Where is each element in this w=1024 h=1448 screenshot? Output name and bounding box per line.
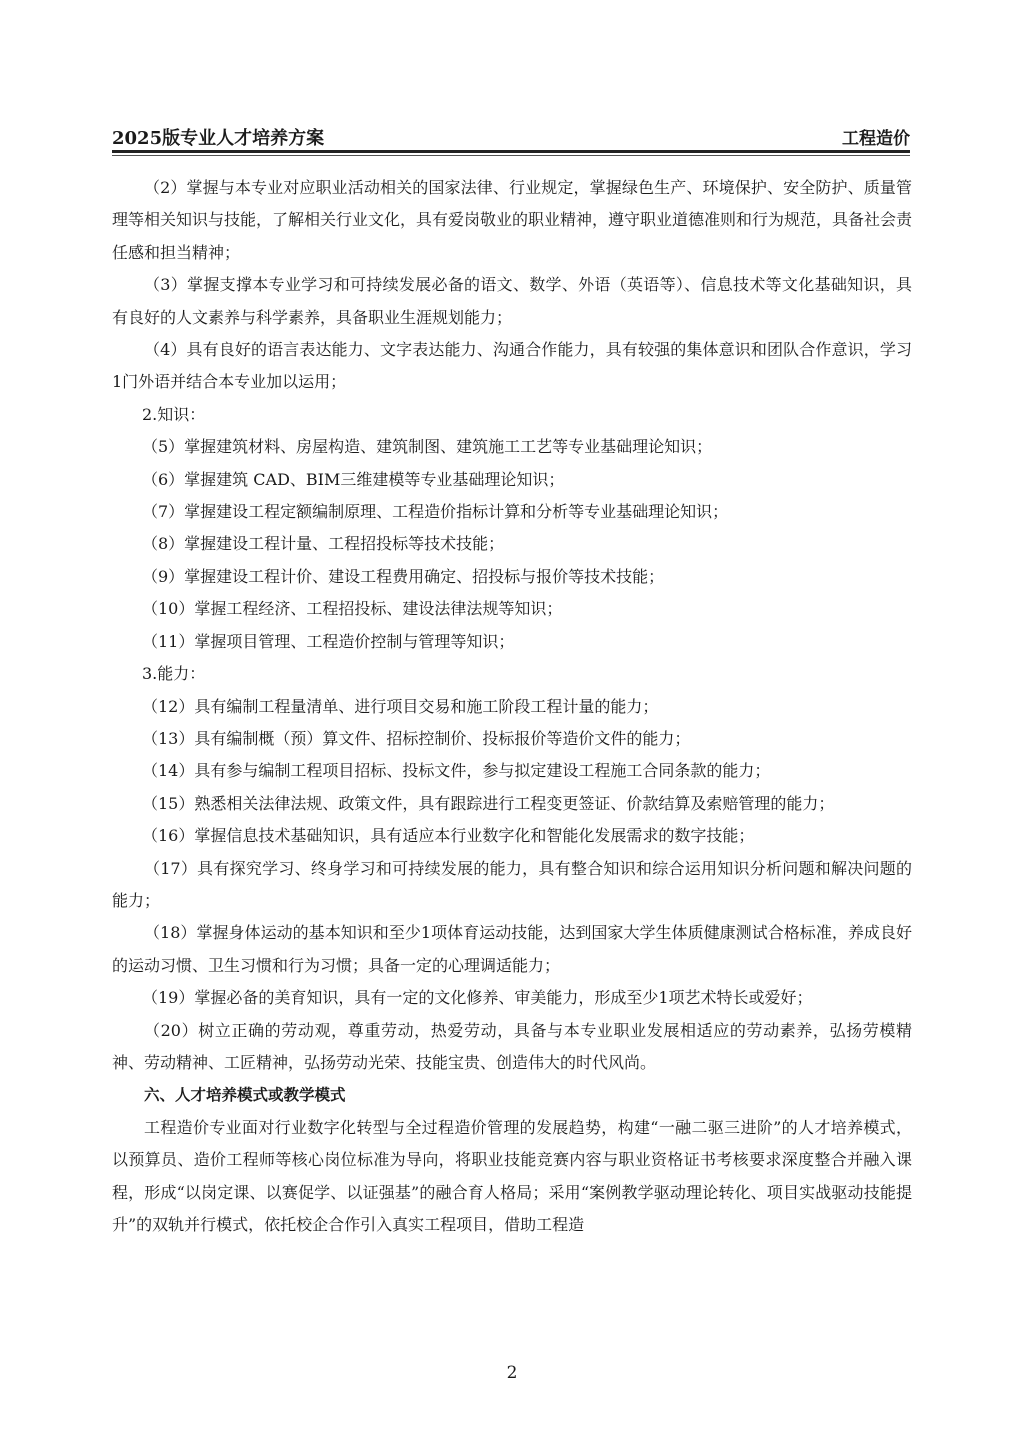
paragraph-item-11: （11）掌握项目管理、工程造价控制与管理等知识； <box>112 626 912 658</box>
paragraph-item-12: （12）具有编制工程量清单、进行项目交易和施工阶段工程计量的能力； <box>112 691 912 723</box>
page-content: （2）掌握与本专业对应职业活动相关的国家法律、行业规定，掌握绿色生产、环境保护、… <box>112 172 912 1241</box>
paragraph-item-6: （6）掌握建筑 CAD、BIM三维建模等专业基础理论知识； <box>112 464 912 496</box>
paragraph-item-8: （8）掌握建设工程计量、工程招投标等技术技能； <box>112 528 912 560</box>
paragraph-item-2: （2）掌握与本专业对应职业活动相关的国家法律、行业规定，掌握绿色生产、环境保护、… <box>112 172 912 269</box>
paragraph-item-17: （17）具有探究学习、终身学习和可持续发展的能力，具有整合知识和综合运用知识分析… <box>112 853 912 918</box>
paragraph-item-14: （14）具有参与编制工程项目招标、投标文件，参与拟定建设工程施工合同条款的能力； <box>112 755 912 787</box>
section-body-training-mode: 工程造价专业面对行业数字化转型与全过程造价管理的发展趋势，构建“一融二驱三进阶”… <box>112 1112 912 1242</box>
paragraph-item-13: （13）具有编制概（预）算文件、招标控制价、投标报价等造价文件的能力； <box>112 723 912 755</box>
header-divider-thin <box>112 155 910 156</box>
paragraph-item-4: （4）具有良好的语言表达能力、文字表达能力、沟通合作能力，具有较强的集体意识和团… <box>112 334 912 399</box>
paragraph-item-10: （10）掌握工程经济、工程招投标、建设法律法规等知识； <box>112 593 912 625</box>
header-document-title: 2025版专业人才培养方案 <box>112 124 324 150</box>
paragraph-item-9: （9）掌握建设工程计价、建设工程费用确定、招投标与报价等技术技能； <box>112 561 912 593</box>
paragraph-item-3: （3）掌握支撑本专业学习和可持续发展必备的语文、数学、外语（英语等）、信息技术等… <box>112 269 912 334</box>
paragraph-item-15: （15）熟悉相关法律法规、政策文件，具有跟踪进行工程变更签证、价款结算及索赔管理… <box>112 788 912 820</box>
header-major-name: 工程造价 <box>842 124 910 149</box>
paragraph-item-19: （19）掌握必备的美育知识，具有一定的文化修养、审美能力，形成至少1项艺术特长或… <box>112 982 912 1014</box>
paragraph-item-20: （20）树立正确的劳动观，尊重劳动，热爱劳动，具备与本专业职业发展相适应的劳动素… <box>112 1015 912 1080</box>
header-divider-thick <box>112 150 910 153</box>
paragraph-item-7: （7）掌握建设工程定额编制原理、工程造价指标计算和分析等专业基础理论知识； <box>112 496 912 528</box>
paragraph-item-5: （5）掌握建筑材料、房屋构造、建筑制图、建筑施工工艺等专业基础理论知识； <box>112 431 912 463</box>
section-heading-training-mode: 六、人才培养模式或教学模式 <box>112 1079 912 1111</box>
paragraph-item-16: （16）掌握信息技术基础知识，具有适应本行业数字化和智能化发展需求的数字技能； <box>112 820 912 852</box>
subheading-knowledge: 2.知识： <box>112 399 912 431</box>
page-header: 2025版专业人才培养方案 工程造价 <box>112 124 910 150</box>
page-number: 2 <box>0 1363 1024 1383</box>
paragraph-item-18: （18）掌握身体运动的基本知识和至少1项体育运动技能，达到国家大学生体质健康测试… <box>112 917 912 982</box>
subheading-ability: 3.能力： <box>112 658 912 690</box>
